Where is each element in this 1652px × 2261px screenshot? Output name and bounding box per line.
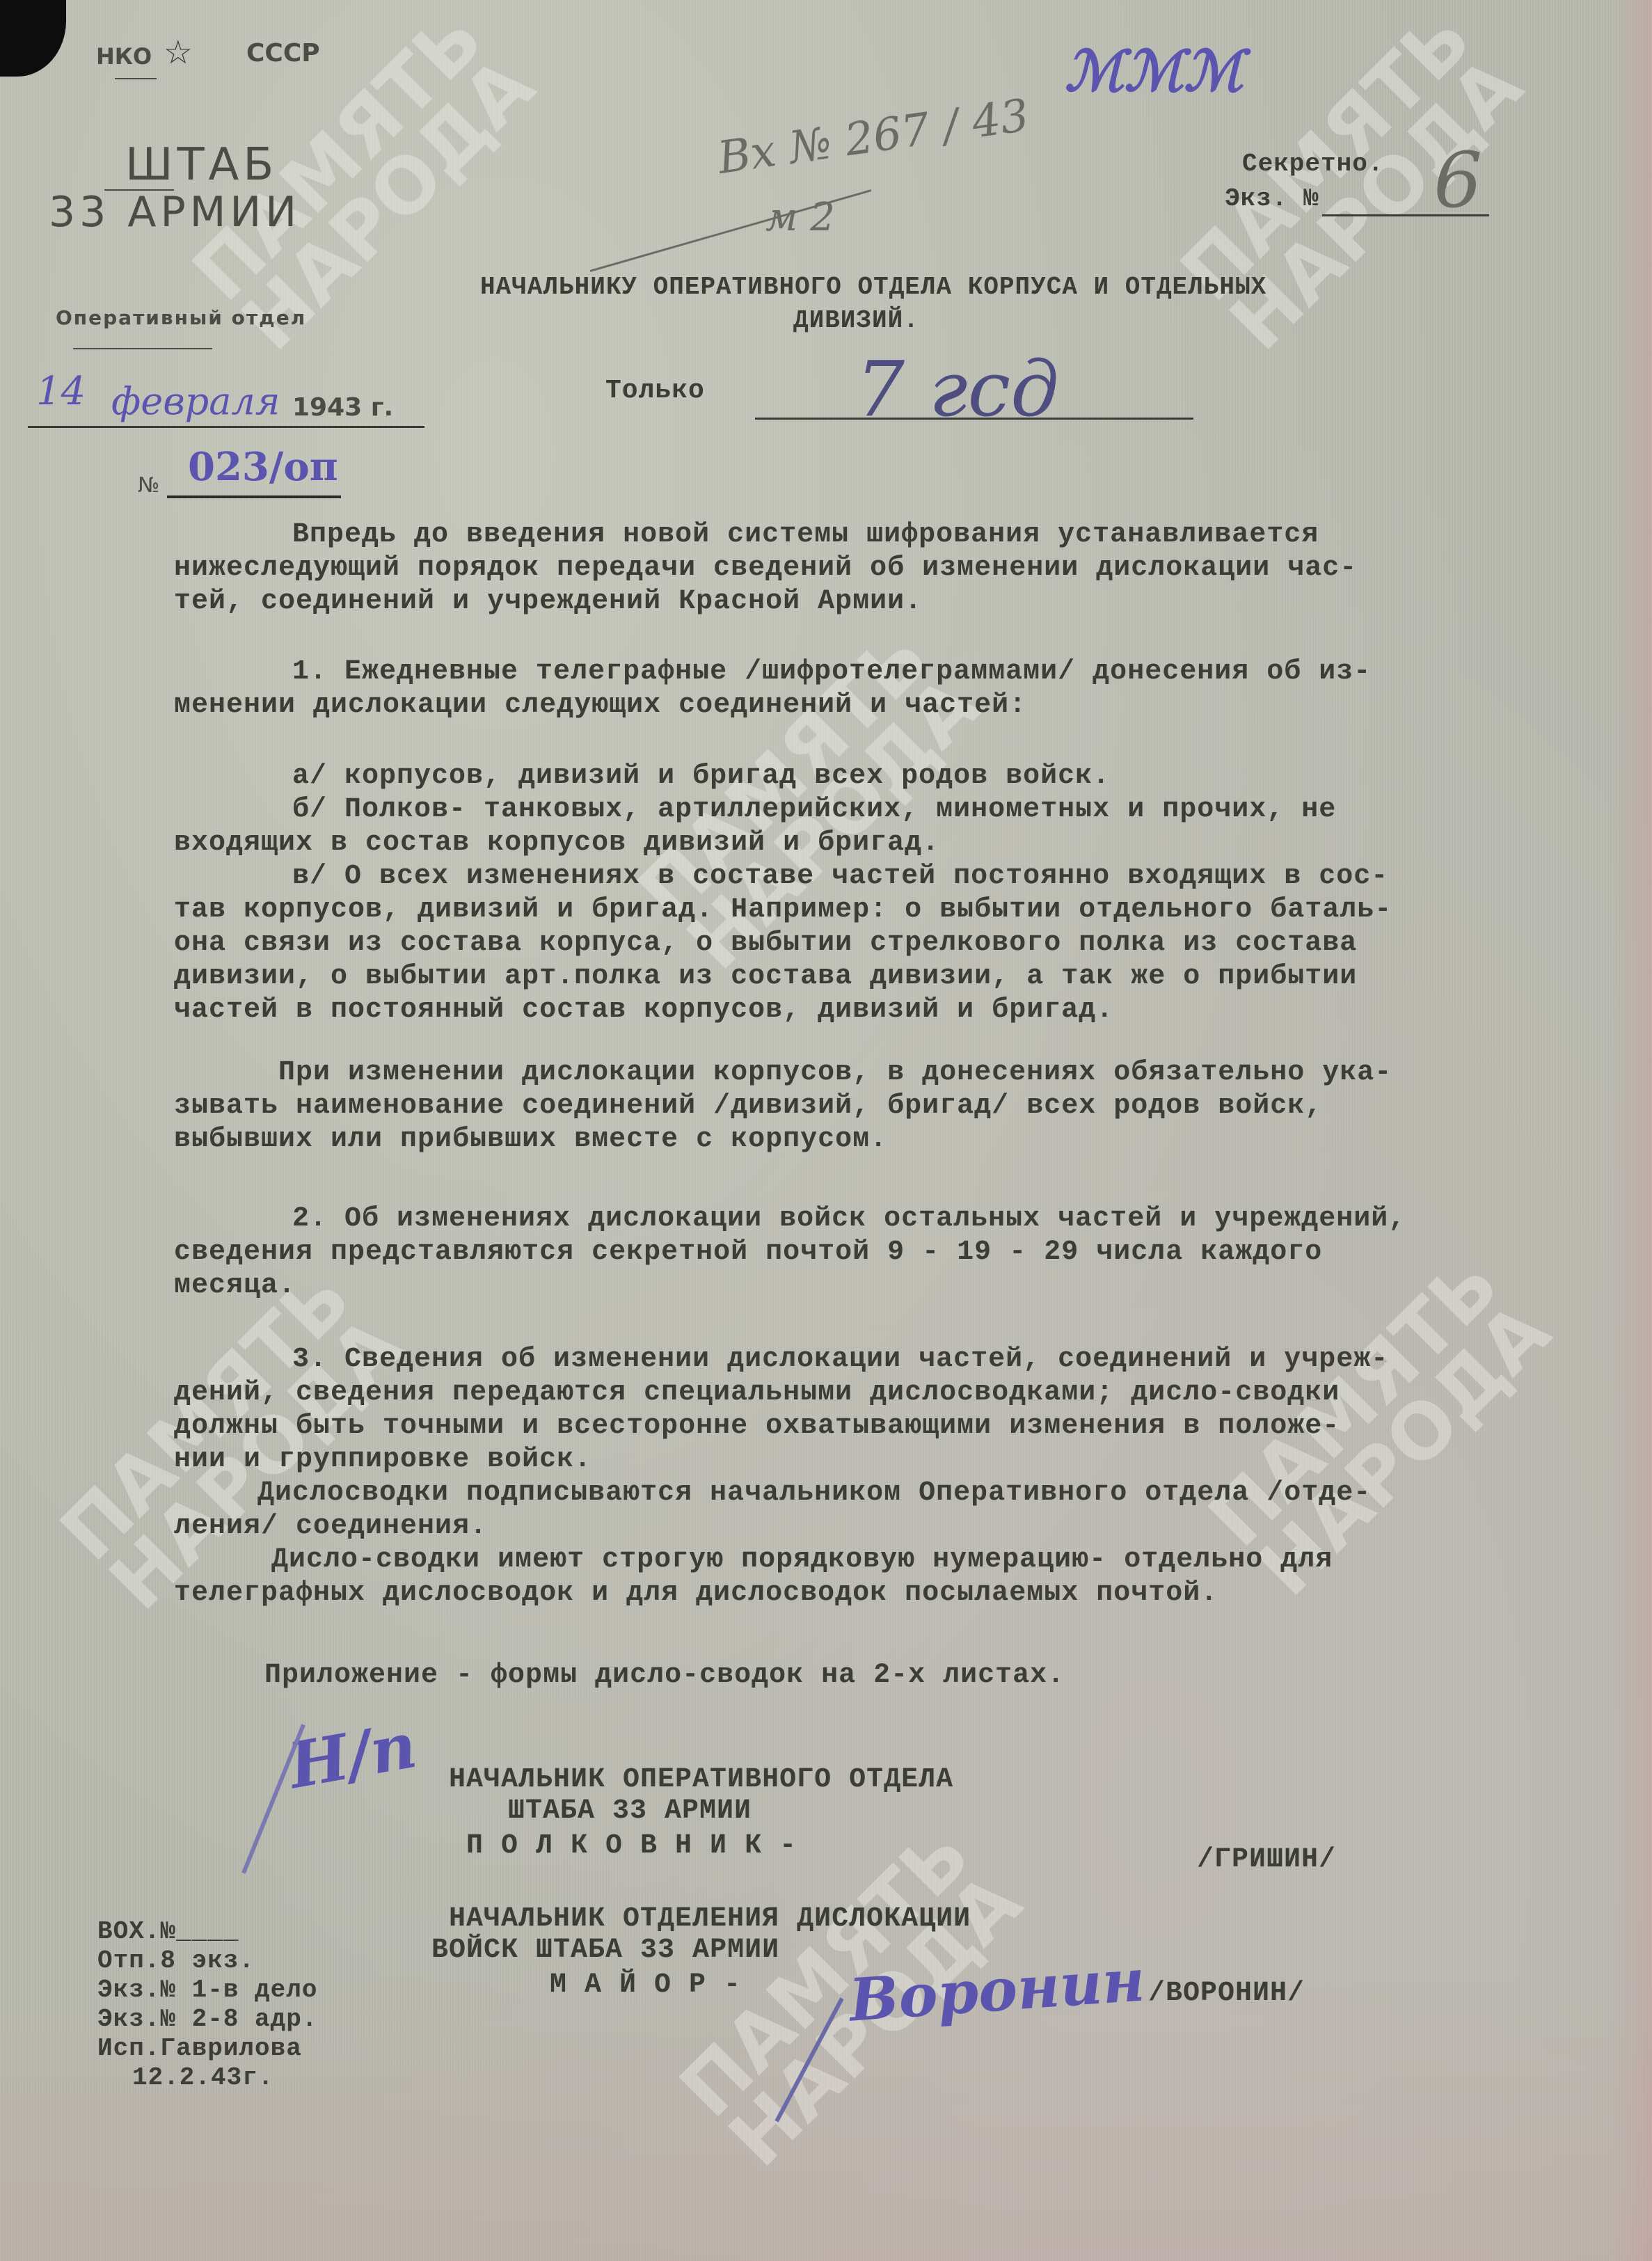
section3-line: дений, сведения передаются специальными … <box>174 1377 1566 1410</box>
section2-line: 2. Об изменениях дислокации войск осталь… <box>174 1203 1566 1236</box>
number-label: № <box>138 473 159 498</box>
signature-block1-unit: ШТАБА 33 АРМИИ <box>508 1795 752 1827</box>
list-item: входящих в состав корпусов дивизий и бри… <box>174 827 1566 860</box>
paper-edge-stain <box>1610 0 1652 2261</box>
section-1: 1. Ежедневные телеграфные /шифротелеграм… <box>174 656 1566 722</box>
stamp-rule <box>73 348 212 349</box>
intro-line: тей, соединений и учреждений Красной Арм… <box>174 585 1566 619</box>
mailing-notes: ВОХ.№____ Отп.8 экз. Экз.№ 1-в дело Экз.… <box>97 1917 317 2093</box>
section2-line: месяца. <box>174 1269 1566 1303</box>
outgoing-number: 023/оп <box>188 444 338 490</box>
date-day: 14 <box>36 369 86 414</box>
copy-label: Экз. № <box>1225 184 1319 213</box>
mailing-note: 12.2.43г. <box>97 2063 317 2093</box>
section1-line: 1. Ежедневные телеграфные /шифротелеграм… <box>174 656 1566 689</box>
list-item: б/ Полков- танковых, артиллерийских, мин… <box>174 793 1566 827</box>
note-line: При изменении дислокации корпусов, в дон… <box>174 1056 1566 1090</box>
signature-block2-title: НАЧАЛЬНИК ОТДЕЛЕНИЯ ДИСЛОКАЦИИ <box>449 1903 971 1935</box>
signature-block1-title: НАЧАЛЬНИК ОПЕРАТИВНОГО ОТДЕЛА <box>449 1764 953 1795</box>
section3-line: Дисло-сводки имеют строгую порядковую ну… <box>174 1544 1566 1577</box>
list-item: она связи из состава корпуса, о выбытии … <box>174 927 1566 960</box>
signature-block2-rank: М А Й О Р - <box>550 1969 741 2001</box>
stamp-rule <box>115 78 157 79</box>
copy-number: 6 <box>1433 136 1482 225</box>
intro-paragraph: Впредь до введения новой системы шифрова… <box>174 518 1566 619</box>
section3-line: телеграфных дислосводок и для дислосводо… <box>174 1577 1566 1610</box>
section-2: 2. Об изменениях дислокации войск осталь… <box>174 1203 1566 1303</box>
mailing-note: ВОХ.№____ <box>97 1917 317 1946</box>
intro-line: нижеследующий порядок передачи сведений … <box>174 552 1566 585</box>
signature-block1-name: /ГРИШИН/ <box>1197 1844 1336 1875</box>
only-label: Только <box>605 376 705 406</box>
section3-line: должны быть точными и всесторонне охваты… <box>174 1410 1566 1443</box>
note-line: выбывших или прибывших вместе с корпусом… <box>174 1123 1566 1157</box>
list-item: тав корпусов, дивизий и бригад. Например… <box>174 894 1566 927</box>
org-stamp-right: СССР <box>246 39 320 68</box>
intro-line: Впредь до введения новой системы шифрова… <box>174 518 1566 552</box>
mailing-note: Экз.№ 2-8 адр. <box>97 2005 317 2034</box>
star-icon: ☆ <box>164 28 213 77</box>
section2-line: сведения представляются секретной почтой… <box>174 1236 1566 1269</box>
date-rule <box>28 426 424 428</box>
section-1-items: а/ корпусов, дивизий и бригад всех родов… <box>174 760 1566 1027</box>
list-item: частей в постоянный состав корпусов, див… <box>174 994 1566 1027</box>
attachment-line: Приложение - формы дисло-сводок на 2-х л… <box>264 1660 1065 1691</box>
stamp-army: 33 АРМИИ <box>49 188 301 237</box>
handwritten-signature-top: ℳℳℳ <box>1065 38 1244 104</box>
addressee-line1: НАЧАЛЬНИКУ ОПЕРАТИВНОГО ОТДЕЛА КОРПУСА И… <box>480 273 1266 301</box>
note-line: зывать наименование соединений /дивизий,… <box>174 1090 1566 1123</box>
date-year: 1943 г. <box>292 393 393 422</box>
list-item: а/ корпусов, дивизий и бригад всех родов… <box>174 760 1566 793</box>
mailing-note: Исп.Гаврилова <box>97 2034 317 2063</box>
signature-block2-name: /ВОРОНИН/ <box>1148 1978 1305 2009</box>
addressee-line2: ДИВИЗИЙ. <box>793 306 919 335</box>
section-3: 3. Сведения об изменении дислокации част… <box>174 1343 1566 1610</box>
section3-line: 3. Сведения об изменении дислокации част… <box>174 1343 1566 1377</box>
section3-line: ления/ соединения. <box>174 1510 1566 1544</box>
stamp-hq: ШТАБ <box>125 139 278 191</box>
section1-line: менении дислокации следующих соединений … <box>174 689 1566 722</box>
list-item: в/ О всех изменениях в составе частей по… <box>174 860 1566 894</box>
section3-line: нии и группировке войск. <box>174 1443 1566 1477</box>
org-stamp-left: НКО <box>96 43 152 70</box>
only-value: 7 гсд <box>856 344 1059 434</box>
number-rule <box>167 495 341 498</box>
date-month: февраля <box>111 379 280 423</box>
list-item: дивизии, о выбытии арт.полка из состава … <box>174 960 1566 994</box>
mailing-note: Экз.№ 1-в дело <box>97 1976 317 2005</box>
secret-label: Секретно. <box>1242 150 1383 178</box>
signature-block2-unit: ВОЙСК ШТАБА 33 АРМИИ <box>431 1935 779 1966</box>
stamp-department: Оперативный отдел <box>56 306 306 329</box>
section3-line: Дислосводки подписываются начальником Оп… <box>174 1477 1566 1510</box>
stamp-rule <box>104 189 174 191</box>
mailing-note: Отп.8 экз. <box>97 1946 317 1976</box>
section-1-note: При изменении дислокации корпусов, в дон… <box>174 1056 1566 1157</box>
signature-block1-rank: П О Л К О В Н И К - <box>466 1830 797 1862</box>
